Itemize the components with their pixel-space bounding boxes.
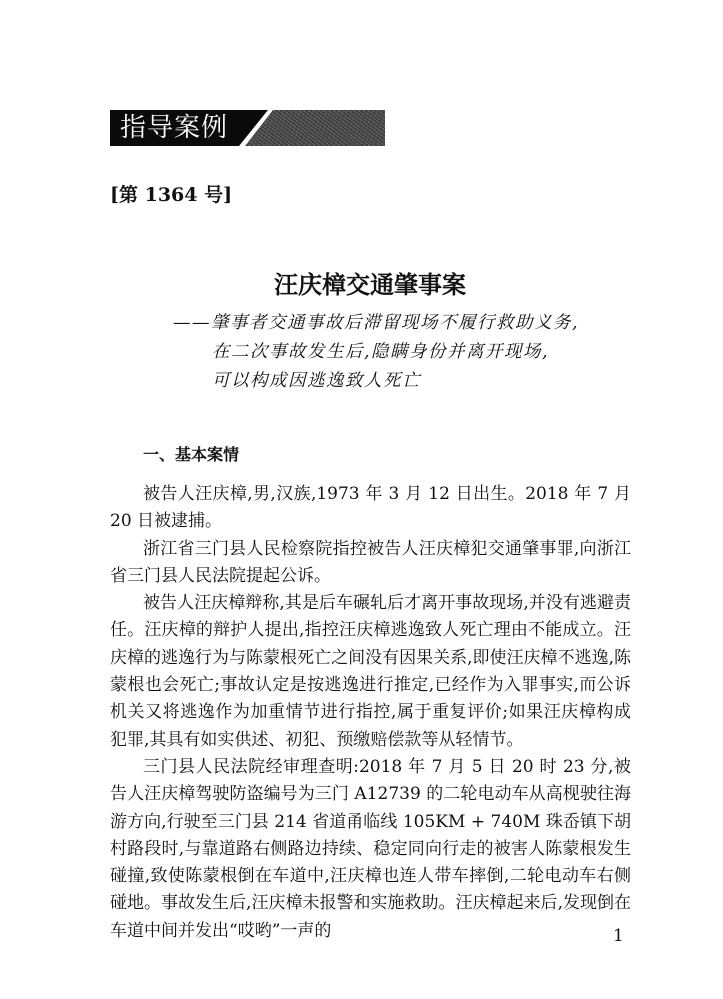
guiding-case-banner: 指导案例 [110, 110, 385, 146]
section-heading: 一、基本案情 [143, 444, 239, 466]
case-title: 汪庆樟交通肇事案 [0, 270, 723, 300]
subtitle-line: 在二次事故发生后,隐瞒身份并离开现场, [173, 338, 579, 367]
case-number: [第 1364 号] [110, 183, 232, 207]
subtitle-line: ——肇事者交通事故后滞留现场不履行救助义务, [173, 309, 579, 338]
banner-label: 指导案例 [120, 112, 228, 144]
page-number: 1 [613, 926, 624, 946]
paragraph: 三门县人民法院经审理查明:2018 年 7 月 5 日 20 时 23 分,被告… [110, 754, 631, 945]
paragraph: 浙江省三门县人民检察院指控被告人汪庆樟犯交通肇事罪,向浙江省三门县人民法院提起公… [110, 536, 631, 591]
paragraph: 被告人汪庆樟辩称,其是后车碾轧后才离开事故现场,并没有逃避责任。汪庆樟的辩护人提… [110, 590, 631, 754]
subtitle-line: 可以构成因逃逸致人死亡 [173, 367, 579, 396]
banner-texture-block [245, 110, 385, 146]
body-text: 被告人汪庆樟,男,汉族,1973 年 3 月 12 日出生。2018 年 7 月… [110, 481, 631, 945]
paragraph: 被告人汪庆樟,男,汉族,1973 年 3 月 12 日出生。2018 年 7 月… [110, 481, 631, 536]
case-subtitle: ——肇事者交通事故后滞留现场不履行救助义务, 在二次事故发生后,隐瞒身份并离开现… [173, 309, 579, 396]
